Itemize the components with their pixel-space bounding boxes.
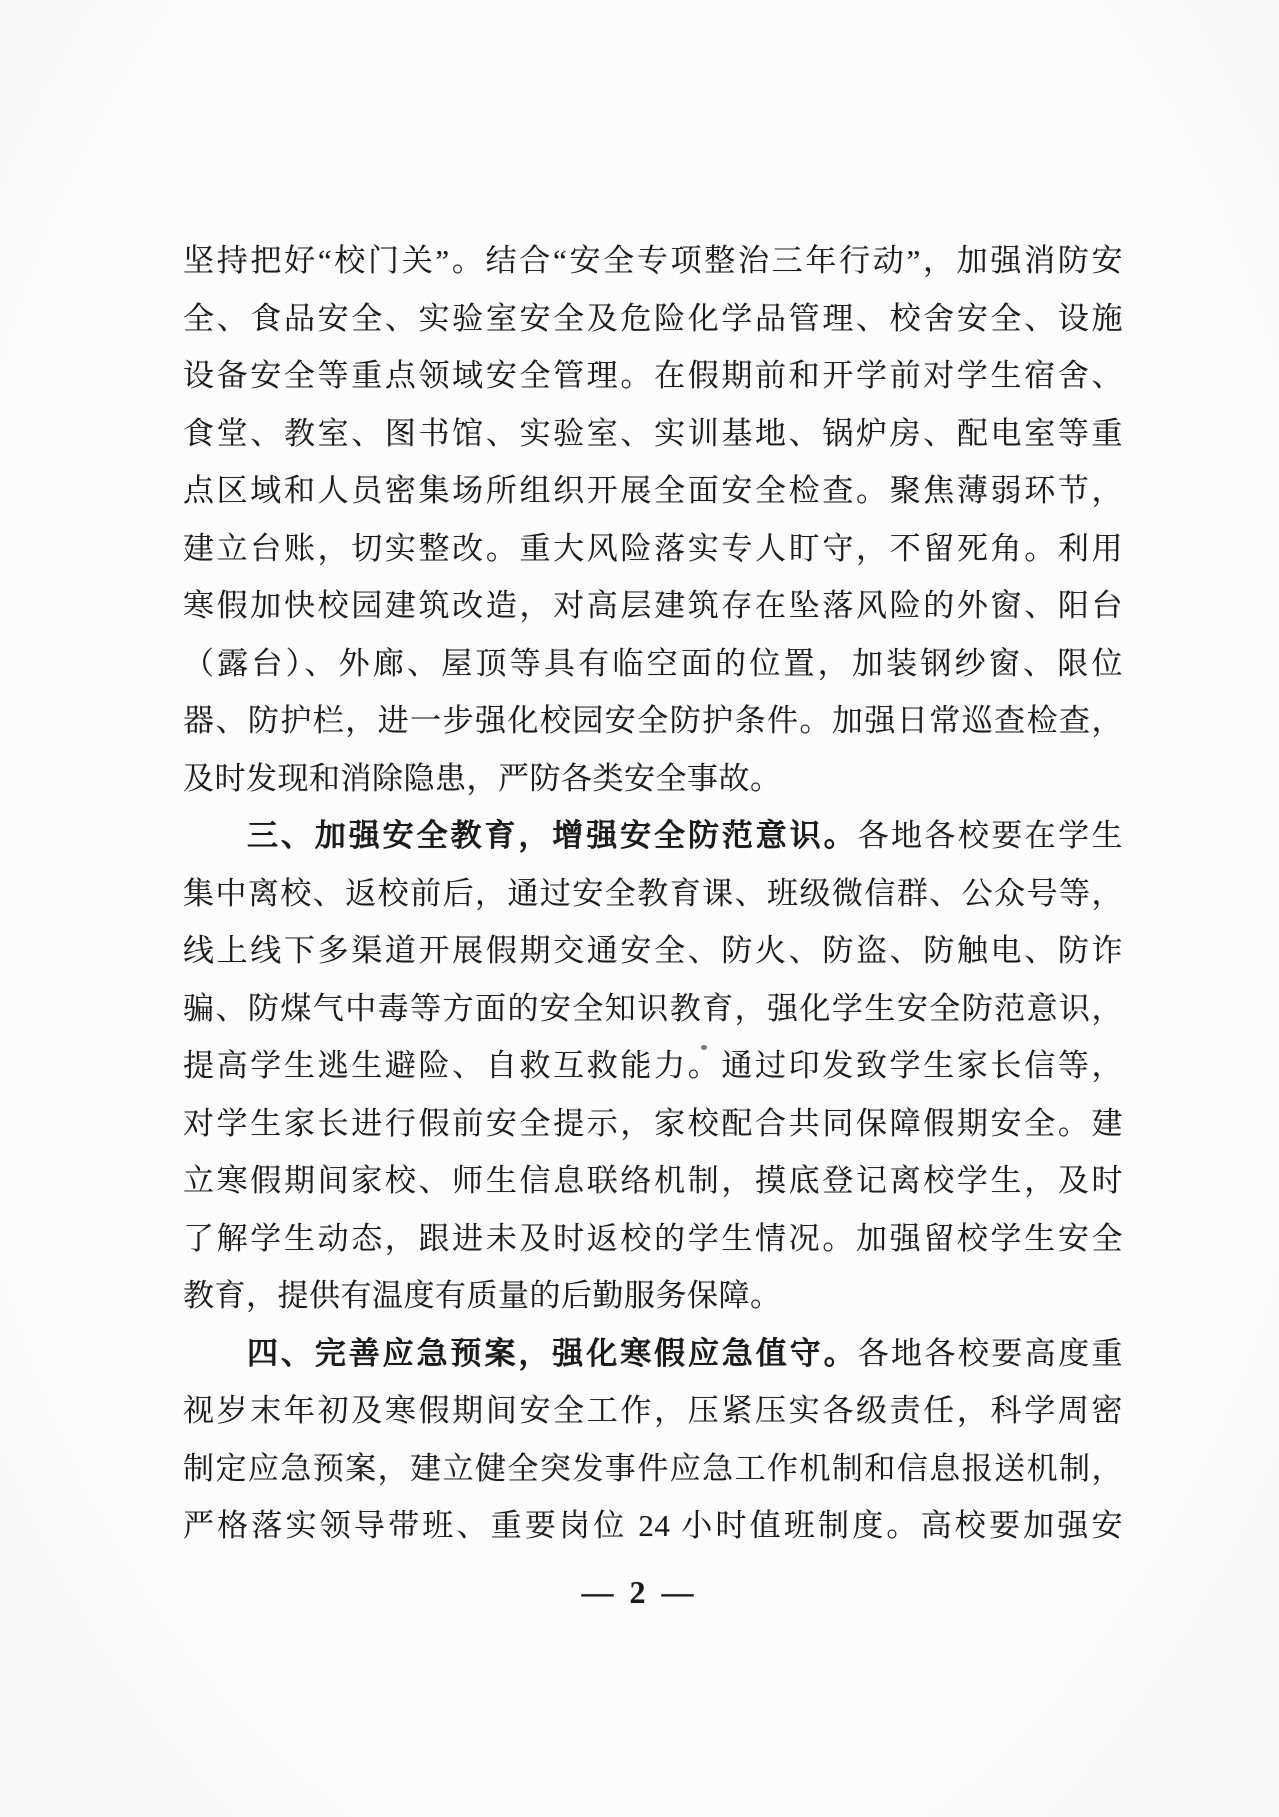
line-text: 教育，提供有温度有质量的后勤服务保障。: [183, 1278, 782, 1313]
text-line: 及时发现和消除隐患，严防各类安全事故。: [183, 750, 1123, 808]
text-line: 线上线下多渠道开展假期交通安全、防火、防盗、防触电、防诈: [183, 922, 1123, 980]
line-text: 及时发现和消除隐患，严防各类安全事故。: [183, 761, 782, 796]
line-text: 全、食品安全、实验室安全及危险化学品管理、校舍安全、设施: [183, 301, 1123, 336]
line-text: 线上线下多渠道开展假期交通安全、防火、防盗、防触电、防诈: [183, 933, 1123, 968]
line-text: 各地各校要高度重: [858, 1336, 1123, 1371]
body-text: 坚持把好“校门关”。结合“安全专项整治三年行动”，加强消防安全、食品安全、实验室…: [183, 232, 1123, 1555]
line-text: 严格落实领导带班、重要岗位 24 小时值班制度。高校要加强安: [183, 1508, 1123, 1543]
line-text: 各地各校要在学生: [858, 818, 1123, 853]
text-line: 教育，提供有温度有质量的后勤服务保障。: [183, 1267, 1123, 1325]
text-line: 设备安全等重点领域安全管理。在假期前和开学前对学生宿舍、: [183, 347, 1123, 405]
document-page: 坚持把好“校门关”。结合“安全专项整治三年行动”，加强消防安全、食品安全、实验室…: [0, 0, 1279, 1817]
text-line: 骗、防煤气中毒等方面的安全知识教育，强化学生安全防范意识，: [183, 980, 1123, 1038]
line-text: 制定应急预案，建立健全突发事件应急工作机制和信息报送机制，: [183, 1451, 1123, 1486]
line-text: 坚持把好“校门关”。结合“安全专项整治三年行动”，加强消防安: [183, 243, 1123, 278]
line-text: 设备安全等重点领域安全管理。在假期前和开学前对学生宿舍、: [183, 358, 1123, 393]
line-text: 骗、防煤气中毒等方面的安全知识教育，强化学生安全防范意识，: [183, 991, 1123, 1026]
text-line: 建立台账，切实整改。重大风险落实专人盯守，不留死角。利用: [183, 520, 1123, 578]
text-line: （露台）、外廊、屋顶等具有临空面的位置，加装钢纱窗、限位: [183, 635, 1123, 693]
text-line: 寒假加快校园建筑改造，对高层建筑存在坠落风险的外窗、阳台: [183, 577, 1123, 635]
line-text: 提高学生逃生避险、自救互救能力。通过印发致学生家长信等，: [183, 1048, 1123, 1083]
text-line: 对学生家长进行假前安全提示，家校配合共同保障假期安全。建: [183, 1095, 1123, 1153]
line-text: 建立台账，切实整改。重大风险落实专人盯守，不留死角。利用: [183, 531, 1123, 566]
text-line: 点区域和人员密集场所组织开展全面安全检查。聚焦薄弱环节，: [183, 462, 1123, 520]
text-line: 坚持把好“校门关”。结合“安全专项整治三年行动”，加强消防安: [183, 232, 1123, 290]
scan-artifact-dot: [701, 1045, 707, 1050]
line-text: 了解学生动态，跟进未及时返校的学生情况。加强留校学生安全: [183, 1221, 1123, 1256]
line-text: 器、防护栏，进一步强化校园安全防护条件。加强日常巡查检查，: [183, 703, 1123, 738]
text-line: 了解学生动态，跟进未及时返校的学生情况。加强留校学生安全: [183, 1210, 1123, 1268]
text-line: 三、加强安全教育，增强安全防范意识。各地各校要在学生: [183, 807, 1123, 865]
line-text: 寒假加快校园建筑改造，对高层建筑存在坠落风险的外窗、阳台: [183, 588, 1123, 623]
section-heading: 四、完善应急预案，强化寒假应急值守。: [247, 1336, 858, 1371]
text-line: 食堂、教室、图书馆、实验室、实训基地、锅炉房、配电室等重: [183, 405, 1123, 463]
line-text: 集中离校、返校前后，通过安全教育课、班级微信群、公众号等，: [183, 876, 1123, 911]
line-text: （露台）、外廊、屋顶等具有临空面的位置，加装钢纱窗、限位: [183, 646, 1123, 681]
text-line: 四、完善应急预案，强化寒假应急值守。各地各校要高度重: [183, 1325, 1123, 1383]
text-line: 全、食品安全、实验室安全及危险化学品管理、校舍安全、设施: [183, 290, 1123, 348]
text-line: 立寒假期间家校、师生信息联络机制，摸底登记离校学生，及时: [183, 1152, 1123, 1210]
line-text: 食堂、教室、图书馆、实验室、实训基地、锅炉房、配电室等重: [183, 416, 1123, 451]
line-text: 对学生家长进行假前安全提示，家校配合共同保障假期安全。建: [183, 1106, 1123, 1141]
line-text: 视岁末年初及寒假期间安全工作，压紧压实各级责任，科学周密: [183, 1393, 1123, 1428]
line-text: 点区域和人员密集场所组织开展全面安全检查。聚焦薄弱环节，: [183, 473, 1123, 508]
text-line: 制定应急预案，建立健全突发事件应急工作机制和信息报送机制，: [183, 1440, 1123, 1498]
line-text: 立寒假期间家校、师生信息联络机制，摸底登记离校学生，及时: [183, 1163, 1123, 1198]
text-line: 集中离校、返校前后，通过安全教育课、班级微信群、公众号等，: [183, 865, 1123, 923]
text-line: 严格落实领导带班、重要岗位 24 小时值班制度。高校要加强安: [183, 1497, 1123, 1555]
text-line: 器、防护栏，进一步强化校园安全防护条件。加强日常巡查检查，: [183, 692, 1123, 750]
section-heading: 三、加强安全教育，增强安全防范意识。: [247, 818, 858, 853]
text-line: 视岁末年初及寒假期间安全工作，压紧压实各级责任，科学周密: [183, 1382, 1123, 1440]
page-number: — 2 —: [0, 1570, 1279, 1614]
text-line: 提高学生逃生避险、自救互救能力。通过印发致学生家长信等，: [183, 1037, 1123, 1095]
